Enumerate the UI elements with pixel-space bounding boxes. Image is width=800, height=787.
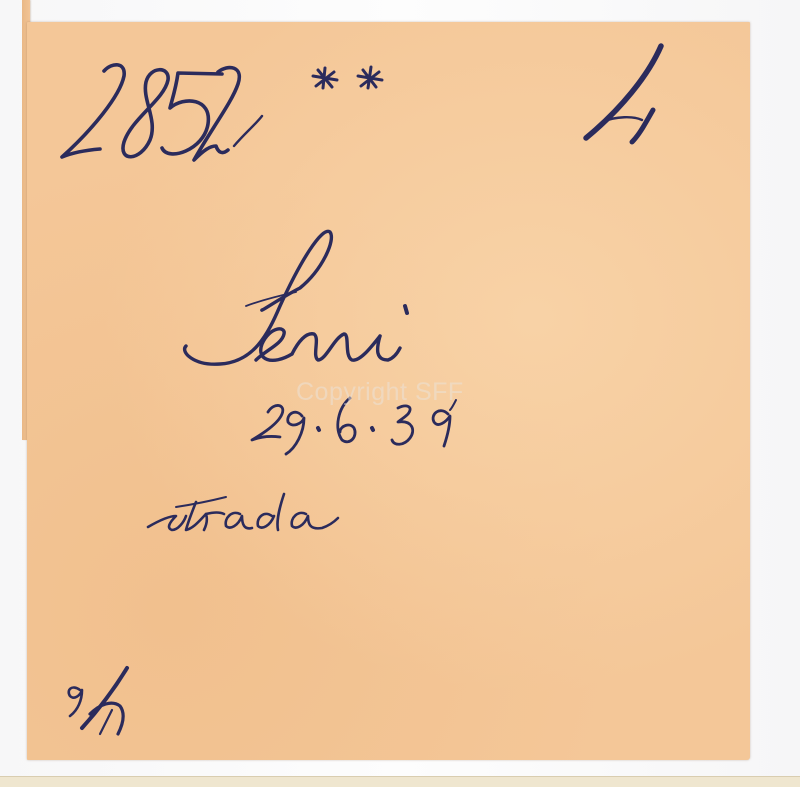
catalog-number-handwriting [62,65,262,160]
corner-number-handwriting [586,46,661,142]
location-handwriting [148,494,338,530]
copyright-watermark: Copyright SFF [296,378,464,407]
star-marks [313,67,382,88]
initials-handwriting [69,668,127,734]
name-handwriting [185,231,407,364]
